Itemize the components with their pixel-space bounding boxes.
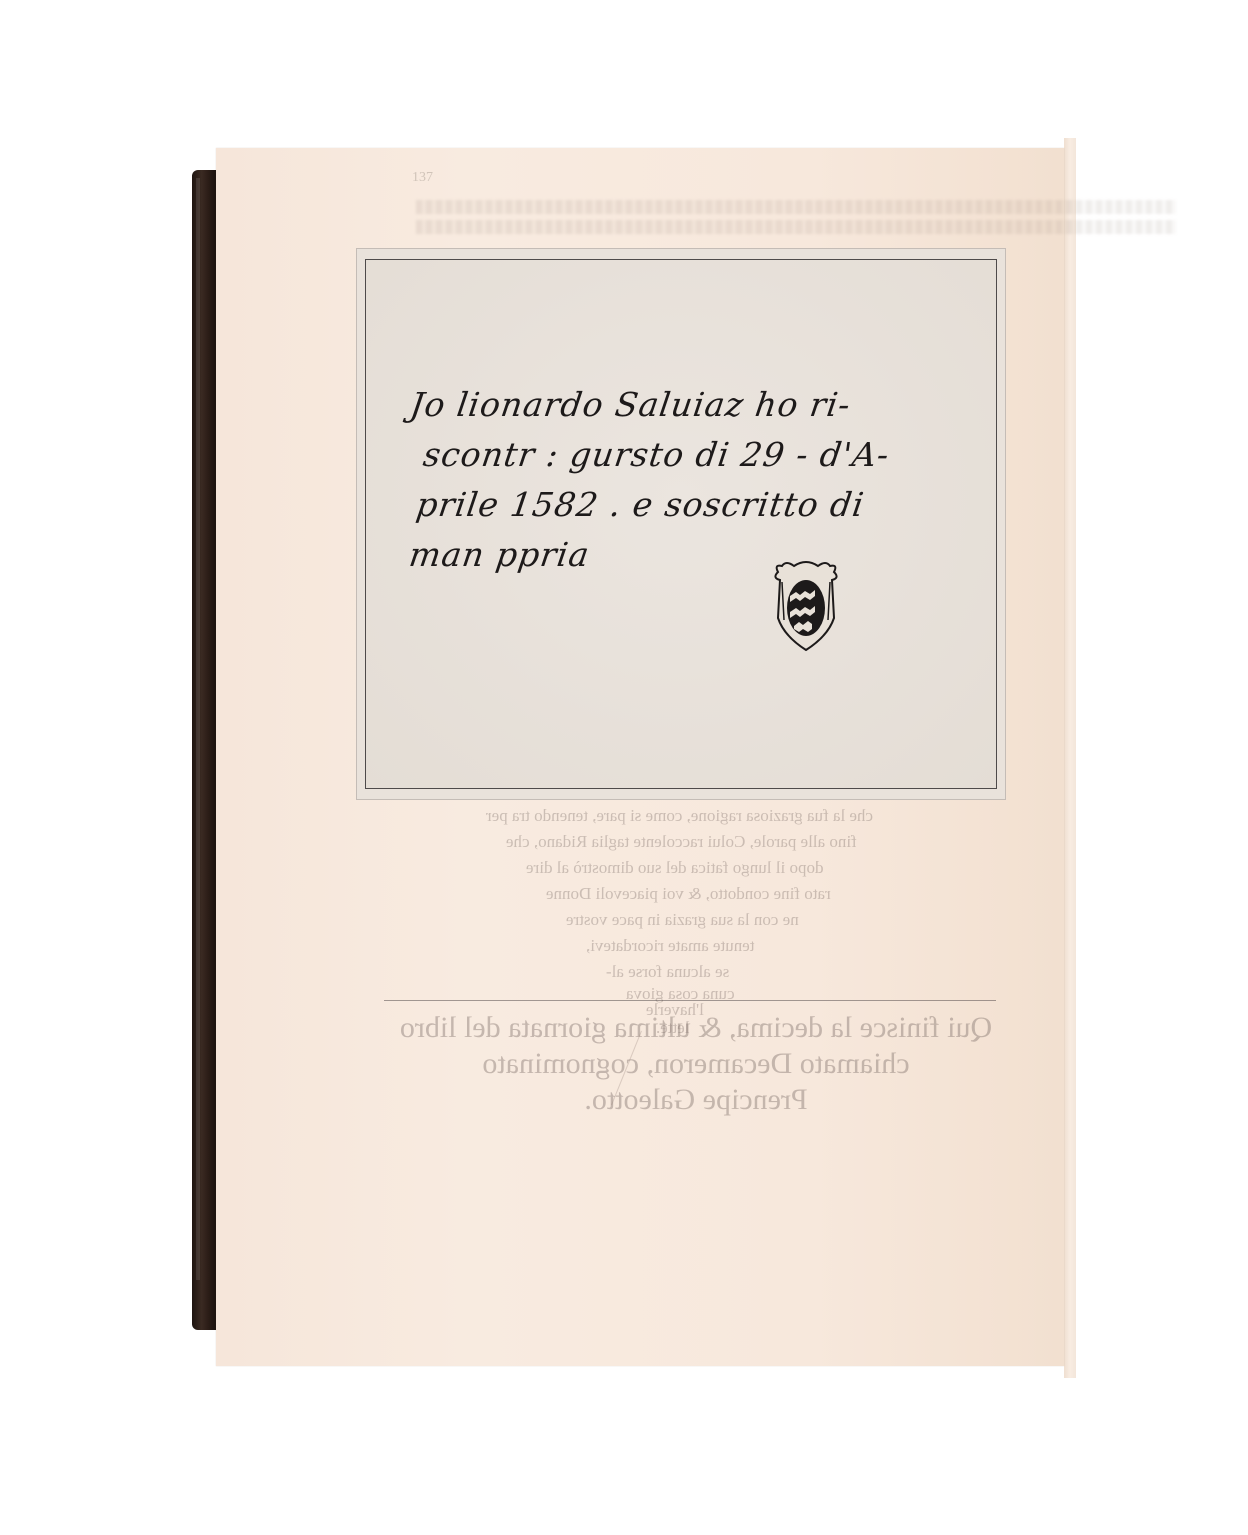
show-through-line (416, 200, 1176, 214)
show-through-text: fino alle parole, Colui raccolente tagli… (506, 832, 857, 852)
colophon: Qui finisce la decima, & ultima giornata… (366, 1010, 1026, 1118)
page-number: 137 (412, 170, 433, 186)
colophon-line: Prencipe Galeotto. (366, 1082, 1026, 1118)
coat-of-arms-icon (768, 558, 844, 654)
handwriting-line: scontr : gursto di 29 - d'A- (400, 430, 893, 480)
book-page: 137 Jo lionardo Saluiaz ho ri- scontr : … (216, 148, 1064, 1366)
facsimile-frame: Jo lionardo Saluiaz ho ri- scontr : gurs… (365, 259, 997, 789)
colophon-rule (384, 1000, 996, 1001)
handwriting-line: Jo lionardo Saluiaz ho ri- (407, 380, 900, 430)
handwriting-line: prile 1582 . e soscritto di (393, 480, 886, 530)
show-through-text: che la fua graziosa ragione, come si par… (486, 806, 873, 826)
show-through-text: dopo il lungo fatica del suo dimostrò al… (526, 858, 823, 878)
facsimile-plate: Jo lionardo Saluiaz ho ri- scontr : gurs… (356, 248, 1006, 800)
show-through-line (416, 220, 1176, 234)
show-through-text: se alcuna forse al- (606, 962, 729, 982)
handwritten-attestation: Jo lionardo Saluiaz ho ri- scontr : gurs… (386, 380, 900, 580)
book-binding-edge (192, 170, 216, 1330)
colophon-line: Qui finisce la decima, & ultima giornata… (366, 1010, 1026, 1046)
show-through-text: ne con la sua grazia in pace vostre (566, 910, 799, 930)
show-through-text: rato fine condotto, & voi piacevoli Donn… (546, 884, 831, 904)
show-through-text: tenute amate ricordatevi, (586, 936, 755, 956)
page-edge-right (1064, 138, 1076, 1378)
colophon-line: chiamato Decameron, cognominato (366, 1046, 1026, 1082)
